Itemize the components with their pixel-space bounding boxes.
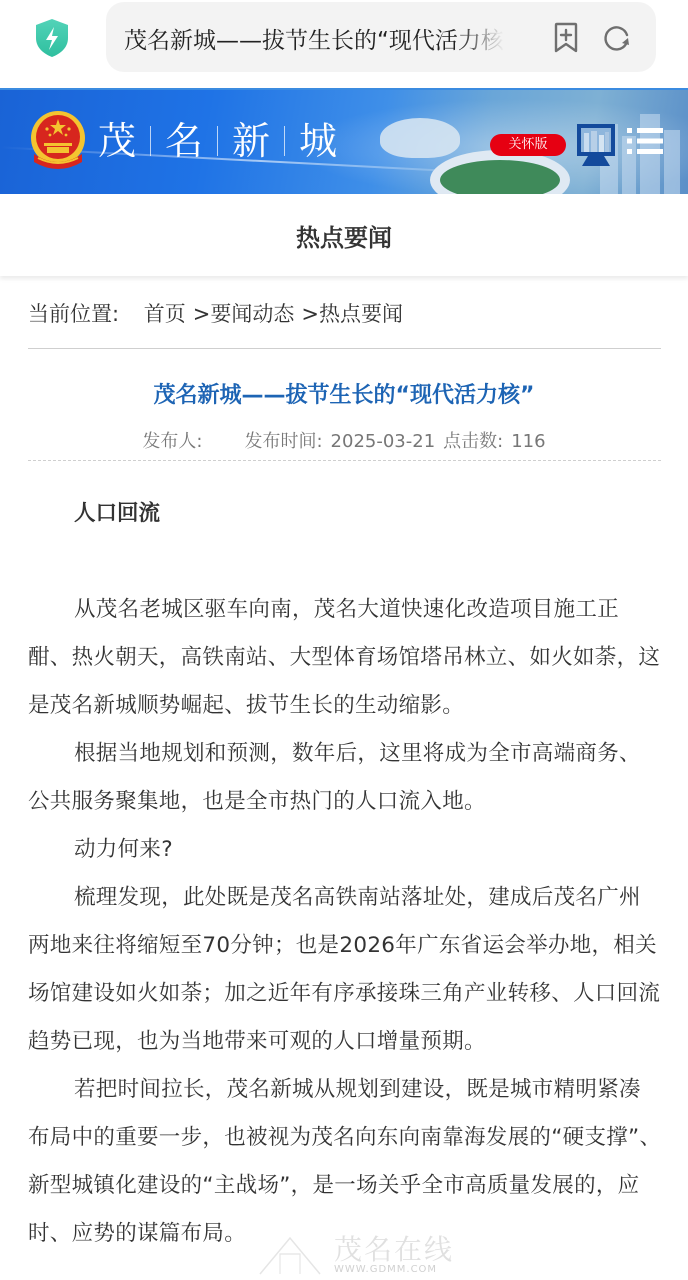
article-paragraph: 根据当地规划和预测，数年后，这里将成为全市高端商务、公共服务聚集地，也是全市热门… bbox=[28, 730, 662, 826]
article-paragraph: 从茂名老城区驱车向南，茂名大道快速化改造项目施工正酣、热火朝天，高铁南站、大型体… bbox=[28, 586, 662, 730]
address-bar[interactable]: 茂名新城——拔节生长的“现代活力核” bbox=[106, 2, 656, 72]
section-title: 热点要闻 bbox=[0, 218, 688, 253]
national-emblem-icon bbox=[28, 110, 88, 174]
dashed-divider bbox=[28, 460, 661, 461]
banner-gym-building bbox=[380, 118, 460, 158]
breadcrumb: 当前位置: 首页>要闻动态>热点要闻 bbox=[28, 298, 403, 328]
site-name-char: 茂 bbox=[98, 116, 136, 166]
watermark-url: WWW.GDMM.COM bbox=[334, 1264, 437, 1275]
site-name-char: 新 bbox=[232, 116, 270, 166]
article-paragraph: 动力何来? bbox=[28, 826, 662, 874]
site-name-char: 名 bbox=[165, 116, 203, 166]
breadcrumb-hot-news[interactable]: 热点要闻 bbox=[319, 302, 403, 326]
publisher-label: 发布人: bbox=[142, 431, 202, 452]
article-meta: 发布人:发布时间:2025-03-21点击数:116 bbox=[0, 427, 688, 453]
watermark: 茂名在线 WWW.GDMM.COM bbox=[250, 1228, 460, 1278]
breadcrumb-news-updates[interactable]: 要闻动态 bbox=[210, 302, 294, 326]
section-header: 热点要闻 bbox=[0, 194, 688, 276]
breadcrumb-separator: > bbox=[193, 302, 211, 326]
divider bbox=[28, 348, 661, 349]
watermark-logo-icon bbox=[250, 1230, 330, 1276]
breadcrumb-label: 当前位置: bbox=[28, 302, 119, 326]
bookmark-add-icon[interactable] bbox=[552, 22, 580, 54]
breadcrumb-separator: > bbox=[301, 302, 319, 326]
divider bbox=[217, 126, 218, 156]
reload-icon[interactable] bbox=[602, 23, 632, 53]
site-banner: 茂 名 新 城 关怀版 bbox=[0, 88, 688, 194]
url-title[interactable]: 茂名新城——拔节生长的“现代活力核” bbox=[124, 22, 504, 55]
click-count-value: 116 bbox=[511, 431, 545, 452]
article-title: 茂名新城——拔节生长的“现代活力核” bbox=[0, 378, 688, 409]
divider bbox=[150, 126, 151, 156]
care-version-button[interactable]: 关怀版 bbox=[490, 134, 566, 156]
publish-time-value: 2025-03-21 bbox=[331, 431, 436, 452]
menu-icon[interactable] bbox=[627, 126, 663, 156]
watermark-text: 茂名在线 bbox=[334, 1228, 454, 1268]
browser-bar: 茂名新城——拔节生长的“现代活力核” bbox=[0, 0, 688, 88]
site-name-char: 城 bbox=[299, 116, 337, 166]
site-name[interactable]: 茂 名 新 城 bbox=[98, 116, 337, 166]
breadcrumb-home[interactable]: 首页 bbox=[144, 302, 186, 326]
shield-bolt-icon[interactable] bbox=[34, 18, 70, 58]
article-subheading: 人口回流 bbox=[28, 490, 662, 538]
article-paragraph: 梳理发现，此处既是茂名高铁南站落址处，建成后茂名广州两地来往将缩短至70分钟；也… bbox=[28, 874, 662, 1066]
divider bbox=[284, 126, 285, 156]
publish-time-label: 发布时间: bbox=[244, 431, 322, 452]
click-count-label: 点击数: bbox=[443, 431, 503, 452]
banner-building bbox=[664, 130, 680, 194]
article-body: 人口回流 从茂名老城区驱车向南，茂名大道快速化改造项目施工正酣、热火朝天，高铁南… bbox=[28, 490, 662, 1258]
pc-version-icon[interactable] bbox=[576, 123, 616, 167]
